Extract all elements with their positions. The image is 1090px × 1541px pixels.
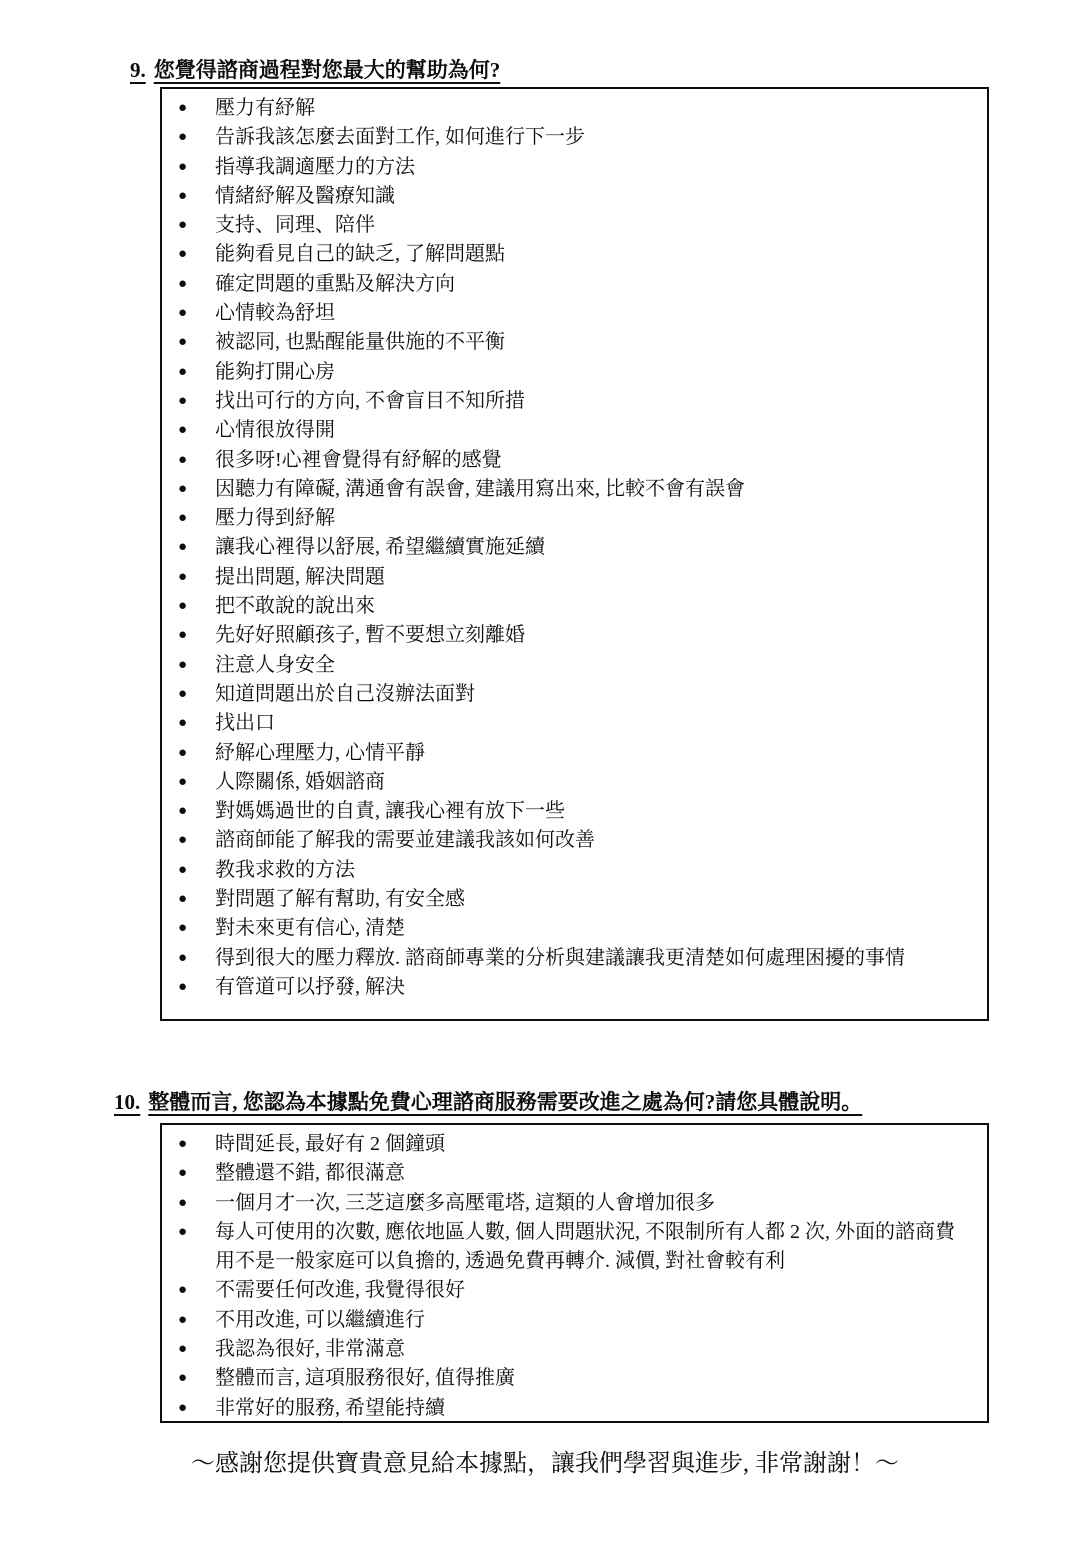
answer-item-text: 讓我心裡得以舒展, 希望繼續實施延續: [215, 533, 973, 562]
answer-item-text: 支持、同理、陪伴: [215, 211, 973, 240]
answer-item-text: 一個月才一次, 三芝這麼多高壓電塔, 這類的人會增加很多: [215, 1189, 973, 1218]
answer-item: ●知道問題出於自己沒辦法面對: [176, 680, 973, 709]
answer-item: ●因聽力有障礙, 溝通會有誤會, 建議用寫出來, 比較不會有誤會: [176, 475, 973, 504]
answer-item-text: 被認同, 也點醒能量供施的不平衡: [215, 328, 973, 357]
answer-item: ●整體而言, 這項服務很好, 值得推廣: [176, 1364, 973, 1393]
answer-item: ●注意人身安全: [176, 651, 973, 680]
answer-item: ●把不敢說的說出來: [176, 592, 973, 621]
bullet-icon: ●: [176, 739, 215, 768]
bullet-icon: ●: [176, 680, 215, 709]
answer-item-text: 得到很大的壓力釋放. 諮商師專業的分析與建議讓我更清楚如何處理困擾的事情: [215, 944, 973, 973]
answer-item-text: 諮商師能了解我的需要並建議我該如何改善: [215, 826, 973, 855]
answer-item: ●讓我心裡得以舒展, 希望繼續實施延續: [176, 533, 973, 562]
answer-item: ●壓力得到紓解: [176, 504, 973, 533]
answer-item: ●能夠看見自己的缺乏, 了解問題點: [176, 240, 973, 269]
question-9-heading: 9.您覺得諮商過程對您最大的幫助為何?: [130, 54, 500, 84]
answer-item-text: 知道問題出於自己沒辦法面對: [215, 680, 973, 709]
answer-item-text: 不用改進, 可以繼續進行: [215, 1306, 973, 1335]
answer-item-text: 找出口: [215, 709, 973, 738]
answer-item: ●情緒紓解及醫療知識: [176, 182, 973, 211]
answer-item: ●教我求救的方法: [176, 856, 973, 885]
answer-item: ●心情很放得開: [176, 416, 973, 445]
answer-item: ●不用改進, 可以繼續進行: [176, 1306, 973, 1335]
bullet-icon: ●: [176, 1394, 215, 1423]
bullet-icon: ●: [176, 826, 215, 855]
answer-item: ●諮商師能了解我的需要並建議我該如何改善: [176, 826, 973, 855]
answer-item: ●找出口: [176, 709, 973, 738]
bullet-icon: ●: [176, 856, 215, 885]
bullet-icon: ●: [176, 797, 215, 826]
bullet-icon: ●: [176, 1189, 215, 1218]
bullet-icon: ●: [176, 153, 215, 182]
bullet-icon: ●: [176, 885, 215, 914]
answer-item: ●非常好的服務, 希望能持續: [176, 1394, 973, 1423]
answer-item-text: 對問題了解有幫助, 有安全感: [215, 885, 973, 914]
question-10-answer-box: ●時間延長, 最好有 2 個鐘頭●整體還不錯, 都很滿意●一個月才一次, 三芝這…: [160, 1123, 989, 1423]
answer-item: ●壓力有紓解: [176, 94, 973, 123]
bullet-icon: ●: [176, 1335, 215, 1364]
answer-item: ●不需要任何改進, 我覺得很好: [176, 1276, 973, 1305]
bullet-icon: ●: [176, 1306, 215, 1335]
bullet-icon: ●: [176, 533, 215, 562]
footer-thanks-note: ～感謝您提供寶貴意見給本據點，讓我們學習與進步, 非常謝謝！～: [0, 1443, 1090, 1478]
answer-item: ●告訴我該怎麼去面對工作, 如何進行下一步: [176, 123, 973, 152]
question-9-answer-box: ●壓力有紓解●告訴我該怎麼去面對工作, 如何進行下一步●指導我調適壓力的方法●情…: [160, 87, 989, 1021]
answer-item: ●找出可行的方向, 不會盲目不知所措: [176, 387, 973, 416]
answer-item-text: 壓力得到紓解: [215, 504, 973, 533]
answer-item-text: 非常好的服務, 希望能持續: [215, 1394, 973, 1423]
answer-item-text: 心情很放得開: [215, 416, 973, 445]
answer-item-text: 告訴我該怎麼去面對工作, 如何進行下一步: [215, 123, 973, 152]
question-10-heading: 10.整體而言, 您認為本據點免費心理諮商服務需要改進之處為何?請您具體說明。: [114, 1086, 862, 1116]
question-10-title: 整體而言, 您認為本據點免費心理諮商服務需要改進之處為何?請您具體說明。: [148, 1090, 862, 1114]
answer-item: ●我認為很好, 非常滿意: [176, 1335, 973, 1364]
bullet-icon: ●: [176, 94, 215, 123]
bullet-icon: ●: [176, 592, 215, 621]
answer-item-text: 情緒紓解及醫療知識: [215, 182, 973, 211]
answer-item: ●紓解心理壓力, 心情平靜: [176, 739, 973, 768]
answer-item: ●有管道可以抒發, 解決: [176, 973, 973, 1002]
answer-item-text: 對媽媽過世的自責, 讓我心裡有放下一些: [215, 797, 973, 826]
answer-item-text: 心情較為舒坦: [215, 299, 973, 328]
bullet-icon: ●: [176, 211, 215, 240]
answer-item-text: 每人可使用的次數, 應依地區人數, 個人問題狀況, 不限制所有人都 2 次, 外…: [215, 1218, 973, 1277]
question-9-number: 9.: [130, 58, 154, 82]
bullet-icon: ●: [176, 709, 215, 738]
answer-item: ●對未來更有信心, 清楚: [176, 914, 973, 943]
bullet-icon: ●: [176, 504, 215, 533]
answer-item: ●對媽媽過世的自責, 讓我心裡有放下一些: [176, 797, 973, 826]
bullet-icon: ●: [176, 299, 215, 328]
answer-item: ●整體還不錯, 都很滿意: [176, 1159, 973, 1188]
bullet-icon: ●: [176, 358, 215, 387]
answer-item: ●人際關係, 婚姻諮商: [176, 768, 973, 797]
answer-item: ●對問題了解有幫助, 有安全感: [176, 885, 973, 914]
answer-item-text: 我認為很好, 非常滿意: [215, 1335, 973, 1364]
answer-item: ●提出問題, 解決問題: [176, 563, 973, 592]
answer-item-text: 指導我調適壓力的方法: [215, 153, 973, 182]
bullet-icon: ●: [176, 973, 215, 1002]
bullet-icon: ●: [176, 328, 215, 357]
question-9-answer-list: ●壓力有紓解●告訴我該怎麼去面對工作, 如何進行下一步●指導我調適壓力的方法●情…: [162, 89, 987, 1002]
bullet-icon: ●: [176, 1276, 215, 1305]
answer-item-text: 教我求救的方法: [215, 856, 973, 885]
bullet-icon: ●: [176, 416, 215, 445]
bullet-icon: ●: [176, 387, 215, 416]
answer-item: ●心情較為舒坦: [176, 299, 973, 328]
bullet-icon: ●: [176, 446, 215, 475]
answer-item-text: 先好好照顧孩子, 暫不要想立刻離婚: [215, 621, 973, 650]
bullet-icon: ●: [176, 944, 215, 973]
bullet-icon: ●: [176, 182, 215, 211]
bullet-icon: ●: [176, 914, 215, 943]
answer-item-text: 能夠看見自己的缺乏, 了解問題點: [215, 240, 973, 269]
bullet-icon: ●: [176, 240, 215, 269]
answer-item-text: 把不敢說的說出來: [215, 592, 973, 621]
answer-item-text: 時間延長, 最好有 2 個鐘頭: [215, 1130, 973, 1159]
answer-item-text: 壓力有紓解: [215, 94, 973, 123]
bullet-icon: ●: [176, 621, 215, 650]
answer-item-text: 注意人身安全: [215, 651, 973, 680]
answer-item-text: 不需要任何改進, 我覺得很好: [215, 1276, 973, 1305]
answer-item-text: 提出問題, 解決問題: [215, 563, 973, 592]
answer-item: ●指導我調適壓力的方法: [176, 153, 973, 182]
answer-item: ●支持、同理、陪伴: [176, 211, 973, 240]
answer-item-text: 找出可行的方向, 不會盲目不知所措: [215, 387, 973, 416]
answer-item: ●確定問題的重點及解決方向: [176, 270, 973, 299]
question-10-answer-list: ●時間延長, 最好有 2 個鐘頭●整體還不錯, 都很滿意●一個月才一次, 三芝這…: [162, 1125, 987, 1423]
bullet-icon: ●: [176, 1130, 215, 1159]
bullet-icon: ●: [176, 651, 215, 680]
bullet-icon: ●: [176, 1159, 215, 1188]
answer-item: ●先好好照顧孩子, 暫不要想立刻離婚: [176, 621, 973, 650]
answer-item: ●能夠打開心房: [176, 358, 973, 387]
answer-item-text: 很多呀!心裡會覺得有紓解的感覺: [215, 446, 973, 475]
answer-item-text: 有管道可以抒發, 解決: [215, 973, 973, 1002]
answer-item: ●被認同, 也點醒能量供施的不平衡: [176, 328, 973, 357]
answer-item: ●一個月才一次, 三芝這麼多高壓電塔, 這類的人會增加很多: [176, 1189, 973, 1218]
bullet-icon: ●: [176, 1364, 215, 1393]
answer-item-text: 整體還不錯, 都很滿意: [215, 1159, 973, 1188]
bullet-icon: ●: [176, 270, 215, 299]
answer-item: ●很多呀!心裡會覺得有紓解的感覺: [176, 446, 973, 475]
bullet-icon: ●: [176, 1218, 215, 1247]
answer-item: ●每人可使用的次數, 應依地區人數, 個人問題狀況, 不限制所有人都 2 次, …: [176, 1218, 973, 1277]
question-10-number: 10.: [114, 1090, 148, 1114]
answer-item-text: 確定問題的重點及解決方向: [215, 270, 973, 299]
answer-item-text: 因聽力有障礙, 溝通會有誤會, 建議用寫出來, 比較不會有誤會: [215, 475, 973, 504]
bullet-icon: ●: [176, 475, 215, 504]
bullet-icon: ●: [176, 563, 215, 592]
answer-item: ●時間延長, 最好有 2 個鐘頭: [176, 1130, 973, 1159]
bullet-icon: ●: [176, 768, 215, 797]
answer-item-text: 人際關係, 婚姻諮商: [215, 768, 973, 797]
answer-item-text: 整體而言, 這項服務很好, 值得推廣: [215, 1364, 973, 1393]
answer-item-text: 對未來更有信心, 清楚: [215, 914, 973, 943]
question-9-title: 您覺得諮商過程對您最大的幫助為何?: [154, 58, 501, 82]
survey-results-page: 9.您覺得諮商過程對您最大的幫助為何? ●壓力有紓解●告訴我該怎麼去面對工作, …: [0, 0, 1090, 1541]
answer-item: ●得到很大的壓力釋放. 諮商師專業的分析與建議讓我更清楚如何處理困擾的事情: [176, 944, 973, 973]
answer-item-text: 紓解心理壓力, 心情平靜: [215, 739, 973, 768]
answer-item-text: 能夠打開心房: [215, 358, 973, 387]
bullet-icon: ●: [176, 123, 215, 152]
